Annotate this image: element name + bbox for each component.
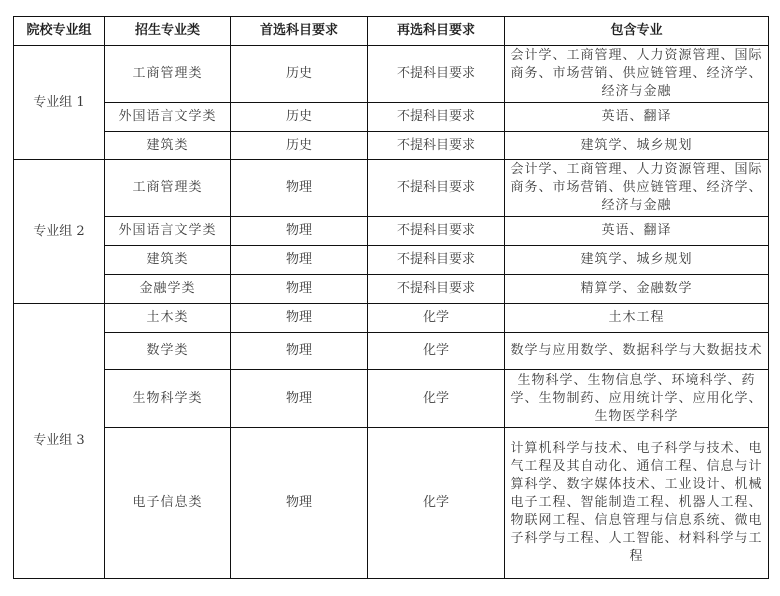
majors-cell: 英语、翻译 (505, 217, 769, 246)
majors-cell: 建筑学、城乡规划 (505, 246, 769, 275)
category-cell: 工商管理类 (105, 46, 231, 103)
second-subject-cell: 化学 (368, 304, 505, 333)
second-subject-cell: 不提科目要求 (368, 46, 505, 103)
table-row: 生物科学类物理化学生物科学、生物信息学、环境科学、药学、生物制药、应用统计学、应… (14, 370, 769, 428)
first-subject-cell: 物理 (231, 217, 368, 246)
first-subject-cell: 物理 (231, 304, 368, 333)
category-cell: 外国语言文学类 (105, 217, 231, 246)
majors-cell: 土木工程 (505, 304, 769, 333)
first-subject-cell: 物理 (231, 333, 368, 370)
category-cell: 工商管理类 (105, 160, 231, 217)
table-row: 金融学类物理不提科目要求精算学、金融数学 (14, 275, 769, 304)
majors-cell: 英语、翻译 (505, 103, 769, 132)
category-cell: 数学类 (105, 333, 231, 370)
category-cell: 金融学类 (105, 275, 231, 304)
majors-cell: 建筑学、城乡规划 (505, 132, 769, 160)
second-subject-cell: 不提科目要求 (368, 132, 505, 160)
majors-cell: 会计学、工商管理、人力资源管理、国际商务、市场营销、供应链管理、经济学、经济与金… (505, 46, 769, 103)
table-row: 外国语言文学类物理不提科目要求英语、翻译 (14, 217, 769, 246)
header-first-subject: 首选科目要求 (231, 17, 368, 46)
table-row: 专业组 1工商管理类历史不提科目要求会计学、工商管理、人力资源管理、国际商务、市… (14, 46, 769, 103)
header-majors: 包含专业 (505, 17, 769, 46)
first-subject-cell: 物理 (231, 275, 368, 304)
first-subject-cell: 物理 (231, 370, 368, 428)
second-subject-cell: 不提科目要求 (368, 246, 505, 275)
majors-cell: 计算机科学与技术、电子科学与技术、电气工程及其自动化、通信工程、信息与计算科学、… (505, 428, 769, 579)
majors-cell: 生物科学、生物信息学、环境科学、药学、生物制药、应用统计学、应用化学、生物医学科… (505, 370, 769, 428)
table-row: 专业组 3土木类物理化学土木工程 (14, 304, 769, 333)
header-group: 院校专业组 (14, 17, 105, 46)
first-subject-cell: 历史 (231, 132, 368, 160)
group-name-cell: 专业组 3 (14, 304, 105, 579)
admission-table: 院校专业组 招生专业类 首选科目要求 再选科目要求 包含专业 专业组 1工商管理… (13, 16, 769, 579)
category-cell: 生物科学类 (105, 370, 231, 428)
second-subject-cell: 不提科目要求 (368, 217, 505, 246)
group-name-cell: 专业组 1 (14, 46, 105, 160)
second-subject-cell: 不提科目要求 (368, 275, 505, 304)
first-subject-cell: 历史 (231, 46, 368, 103)
table-row: 电子信息类物理化学计算机科学与技术、电子科学与技术、电气工程及其自动化、通信工程… (14, 428, 769, 579)
table-row: 数学类物理化学数学与应用数学、数据科学与大数据技术 (14, 333, 769, 370)
second-subject-cell: 化学 (368, 428, 505, 579)
table-row: 建筑类历史不提科目要求建筑学、城乡规划 (14, 132, 769, 160)
majors-cell: 精算学、金融数学 (505, 275, 769, 304)
majors-cell: 数学与应用数学、数据科学与大数据技术 (505, 333, 769, 370)
second-subject-cell: 化学 (368, 333, 505, 370)
first-subject-cell: 物理 (231, 246, 368, 275)
header-second-subject: 再选科目要求 (368, 17, 505, 46)
first-subject-cell: 物理 (231, 160, 368, 217)
table-row: 建筑类物理不提科目要求建筑学、城乡规划 (14, 246, 769, 275)
first-subject-cell: 物理 (231, 428, 368, 579)
category-cell: 土木类 (105, 304, 231, 333)
second-subject-cell: 不提科目要求 (368, 103, 505, 132)
first-subject-cell: 历史 (231, 103, 368, 132)
header-row: 院校专业组 招生专业类 首选科目要求 再选科目要求 包含专业 (14, 17, 769, 46)
category-cell: 外国语言文学类 (105, 103, 231, 132)
category-cell: 建筑类 (105, 246, 231, 275)
table-row: 专业组 2工商管理类物理不提科目要求会计学、工商管理、人力资源管理、国际商务、市… (14, 160, 769, 217)
table-row: 外国语言文学类历史不提科目要求英语、翻译 (14, 103, 769, 132)
category-cell: 电子信息类 (105, 428, 231, 579)
second-subject-cell: 不提科目要求 (368, 160, 505, 217)
group-name-cell: 专业组 2 (14, 160, 105, 304)
second-subject-cell: 化学 (368, 370, 505, 428)
header-category: 招生专业类 (105, 17, 231, 46)
category-cell: 建筑类 (105, 132, 231, 160)
majors-cell: 会计学、工商管理、人力资源管理、国际商务、市场营销、供应链管理、经济学、经济与金… (505, 160, 769, 217)
